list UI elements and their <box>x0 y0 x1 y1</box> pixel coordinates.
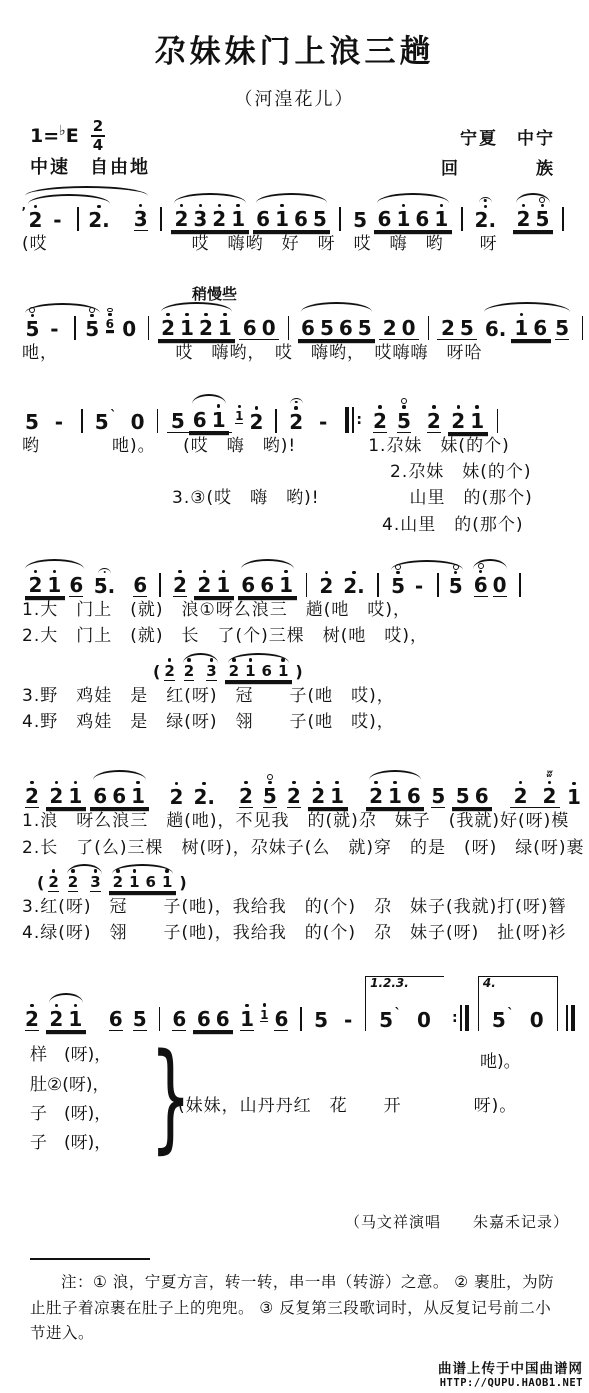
note: 2. <box>193 770 215 808</box>
note-digit: 6 <box>262 664 272 680</box>
note-digit: 2 <box>29 575 43 596</box>
note-digit: 6 <box>193 410 207 431</box>
note: 2. <box>343 559 365 597</box>
notes-line: 5-ˋ50561122-:25221 <box>0 393 589 433</box>
note-group: 56 <box>452 769 492 808</box>
falsetto-circle-icon <box>453 564 459 570</box>
note-digit: 6 <box>533 318 547 339</box>
lyric-stack: 样 (呀)， 肚②(呀)， 子 (呀)， 子 (呀)， <box>30 1041 111 1158</box>
note-group: 661 <box>238 558 297 597</box>
note-digit: 2 <box>164 664 174 680</box>
note-group: 5-5 <box>22 302 103 340</box>
region-label: 宁夏 中宁 <box>460 124 555 149</box>
system-3: 5-ˋ50561122-:25221哟 吔)。 (哎 嗨 哟)! 1.尕妹 妹(… <box>0 393 589 538</box>
note-group: ’2-2. <box>25 193 113 231</box>
volta-label: 4. <box>483 977 496 990</box>
note-digit: 2 <box>517 209 531 230</box>
inline-notes-row: (2232161) <box>0 652 589 681</box>
note-digit: 1 <box>275 209 289 230</box>
note-group: 6161 <box>374 192 452 231</box>
note: 1 <box>162 863 172 891</box>
barline <box>497 409 499 433</box>
lyric-row: 4.野 鸡娃 是 绿(呀) 翎 子(吔 哎)， <box>0 709 589 735</box>
note-group: 661 <box>90 769 149 808</box>
barline <box>562 207 564 231</box>
note: 2 <box>68 863 78 892</box>
note: 5 <box>313 192 327 230</box>
watermark: 曲谱上传于中国曲谱网 HTTP://QUPU.HAOB1.NET <box>438 1357 583 1389</box>
note-digit: - <box>50 319 58 340</box>
note: 6 <box>407 769 421 807</box>
note: 2 <box>249 395 263 433</box>
note-digit: 6 <box>301 318 315 339</box>
note-digit: 6 <box>256 209 270 230</box>
note-group: 21 <box>308 769 348 808</box>
note: 1 <box>279 558 293 596</box>
note: 6 <box>378 192 392 230</box>
volta-bracket: 1.2.3.ˋ50 <box>365 976 444 1031</box>
meter-numerator: 2 <box>91 119 105 137</box>
note-digit: 6 <box>474 575 488 596</box>
barline <box>437 573 439 597</box>
note: ’2 <box>29 193 43 231</box>
note: 3 <box>193 192 207 230</box>
score-element <box>345 407 350 433</box>
note-digit: 0 <box>493 575 507 596</box>
footnotes: 注：① 浪，宁夏方言，转一转，串一串（转游）之意。 ② 裹肚，为防止肚子着凉裹在… <box>30 1270 561 1347</box>
note: 6 <box>193 393 207 431</box>
falsetto-circle-icon <box>29 307 35 313</box>
note: 1 <box>131 769 145 807</box>
dash-extension: - <box>44 302 64 340</box>
note-digit: 1 <box>68 786 82 807</box>
note: 2 <box>25 992 39 1031</box>
note: ˋ5 <box>379 993 393 1031</box>
note-digit: 5 <box>492 1010 506 1031</box>
note-digit: - <box>319 412 327 433</box>
note: 5 <box>25 395 39 433</box>
note: 2 <box>212 192 226 230</box>
note: 6 <box>133 558 147 597</box>
note: 5 <box>456 769 470 807</box>
octave-dot-icon <box>238 405 242 409</box>
system-6: 221656661165-1.2.3.ˋ50:4.ˋ50样 (呀)， 肚②(呀)… <box>0 976 589 1171</box>
note-digit: - <box>55 412 63 433</box>
note: 5 <box>171 394 185 432</box>
note-digit: 0 <box>131 412 145 433</box>
note-digit: 0 <box>262 318 276 339</box>
note-digit: 6 <box>260 575 274 596</box>
paren-text: ( <box>37 875 44 892</box>
note-group: 2121 <box>158 301 236 340</box>
note: 6 <box>216 992 230 1030</box>
note: 6 <box>415 192 429 230</box>
note-group: 60 <box>470 558 510 597</box>
note-digit: 2 <box>249 412 263 433</box>
system-2: 稍慢些5-560212160656520256.165吔， 哎 嗨哟， 哎 嗨哟… <box>0 283 589 366</box>
note-digit: 5. <box>94 576 116 597</box>
note: 1 <box>434 192 448 230</box>
note-group: 21 <box>194 558 234 597</box>
falsetto-circle-icon <box>539 197 545 203</box>
falsetto-circle-icon <box>107 308 113 313</box>
note-digit: 5 <box>397 411 411 432</box>
note: 6 <box>475 769 489 807</box>
note: 2 <box>113 863 123 891</box>
volta-bracket: 4.ˋ50 <box>478 976 558 1031</box>
note: 6 <box>241 558 255 596</box>
note-group: 561 <box>167 393 232 433</box>
dash-extension: - <box>313 395 333 433</box>
note: 1 <box>68 769 82 807</box>
note-digit: 2 <box>199 318 213 339</box>
note-digit: 2 <box>311 786 325 807</box>
portamento-mark: ˋ <box>395 1007 402 1022</box>
note-digit: 2 <box>25 786 39 807</box>
song-subtitle: （河湟花儿） <box>0 85 589 111</box>
note: 6 <box>93 769 107 807</box>
note-digit: 1 <box>278 664 288 680</box>
note: 5 <box>555 301 569 340</box>
note-group: ’2-2.3 <box>22 185 151 231</box>
note-digit: 5 <box>358 318 372 339</box>
note-digit: 2. <box>193 787 215 808</box>
system-4: 2165.622166122.5-5601.大 门上 (就) 浪①呀么浪三 趟(… <box>0 558 589 735</box>
note-group: 2161 <box>109 863 177 892</box>
lyric-row: 1.大 门上 (就) 浪①呀么浪三 趟(吔 哎)， <box>0 597 589 623</box>
lyric-row: 4.绿(呀) 翎 子(吔)，我给我 的(个) 尕 妹子(呀) 扯(呀)衫 <box>0 920 589 946</box>
note: 1 <box>235 400 243 424</box>
lyric-row: 3.③(哎 嗨 哟)! 山里 的(那个) <box>0 485 589 511</box>
note-digit: 1 <box>218 318 232 339</box>
barline <box>74 316 76 340</box>
note-digit: 1 <box>131 786 145 807</box>
note-group: 21 <box>448 394 488 433</box>
note: 2 <box>174 192 188 230</box>
note-digit: 1 <box>231 209 245 230</box>
note: 6 <box>197 992 211 1030</box>
note-digit: 2. <box>88 210 110 231</box>
note: 2 <box>48 863 58 892</box>
dash-extension: - <box>47 193 67 231</box>
note-digit: 5 <box>320 318 334 339</box>
note: 2 <box>369 769 383 807</box>
note-digit: 6 <box>339 318 353 339</box>
lyric-row: 3.野 鸡娃 是 红(呀) 冠 子(吔 哎)， <box>0 683 589 709</box>
note-digit: - <box>415 576 423 597</box>
dash-extension: - <box>49 395 69 433</box>
note-digit: 1 <box>216 575 230 596</box>
note: 2 <box>319 559 333 597</box>
song-title: 尕妹妹门上浪三趟 <box>0 26 589 71</box>
barline <box>77 207 79 231</box>
note-digit: 2. <box>343 576 365 597</box>
note: 1 <box>330 769 344 807</box>
note-digit: 1 <box>260 1009 268 1022</box>
note: 5 <box>320 301 334 339</box>
note: 1 <box>514 301 528 339</box>
note-digit: 6 <box>415 209 429 230</box>
note: 5. <box>94 559 116 597</box>
notes-line: 22166122.25221216556221 <box>0 769 589 808</box>
rest-note: 0 <box>493 558 507 597</box>
note-digit: 2 <box>543 786 557 807</box>
ending-lyric: 吔)。 <box>480 1047 521 1072</box>
paren-text: ( <box>153 664 160 681</box>
note: 1 <box>218 301 232 339</box>
note: 2. <box>88 193 110 231</box>
lyric-row: 哟 吔)。 (哎 嗨 哟)! 1.尕妹 妹(的个) <box>0 433 589 459</box>
note: 6 <box>146 863 156 891</box>
note-digit: 6 <box>93 786 107 807</box>
lyric-row: 4.山里 的(那个) <box>0 512 589 538</box>
note: 1 <box>260 999 268 1023</box>
paren-text: ) <box>179 875 186 892</box>
note: 3 <box>90 863 100 892</box>
note-digit: 2 <box>113 875 123 891</box>
rest-note: 0 <box>417 993 431 1031</box>
note: 1 <box>231 192 245 230</box>
note-group: 23 <box>64 863 105 892</box>
note-digit: 5 <box>449 576 463 597</box>
key-signature: 1=♭E24 <box>30 119 105 153</box>
credit-line: （马文祥演唱 朱嘉禾记录） <box>0 1211 589 1232</box>
note: 5 <box>535 192 549 230</box>
note: 5 <box>431 769 445 808</box>
note: 5 <box>460 301 474 339</box>
note-digit: 1 <box>388 786 402 807</box>
note-digit: 1 <box>245 664 255 680</box>
footnote-divider <box>30 1258 150 1260</box>
note: 1 <box>388 769 402 807</box>
note: 2 <box>170 770 184 808</box>
note-digit: 6 <box>407 786 421 807</box>
dash-extension: - <box>410 559 428 597</box>
note-digit: 5 <box>555 318 569 339</box>
notes-line: ’2-2.323216165561612.25 <box>0 185 589 231</box>
note-digit: 3 <box>206 664 216 680</box>
note-digit: 1 <box>470 411 484 432</box>
note-marks <box>98 559 111 576</box>
note-digit: 2 <box>427 411 441 432</box>
note: 2 <box>49 769 63 807</box>
octave-dot-icon <box>263 1003 267 1007</box>
note: 6 <box>243 301 257 339</box>
note: 1 <box>129 863 139 891</box>
notes-line: 221656661165-1.2.3.ˋ50:4.ˋ50 <box>0 976 589 1031</box>
note-digit: 2 <box>289 412 303 433</box>
note: 6 <box>109 992 123 1031</box>
portamento-mark: ˋ <box>507 1007 514 1022</box>
note: 2 <box>514 769 528 807</box>
key-note: E <box>66 125 79 147</box>
note-digit: 6 <box>216 1009 230 1030</box>
note: 2 <box>25 769 39 808</box>
note: 2 <box>184 652 194 681</box>
lyric-row: 2.大 门上 (就) 长 了(个)三棵 树(吔 哎)， <box>0 623 589 649</box>
note-digit: 1 <box>47 575 61 596</box>
note-digit: 6 <box>69 575 83 596</box>
repeat-dots: : <box>452 1011 458 1025</box>
falsetto-circle-icon <box>401 398 407 404</box>
note-digit: 2 <box>48 875 58 891</box>
meter-denominator: 4 <box>93 137 103 153</box>
note-group: 5-5 <box>388 559 467 597</box>
tempo-label: 中速 自由地 <box>30 153 150 179</box>
note: 6 <box>533 301 547 339</box>
note: ˋ5 <box>95 395 109 433</box>
barline <box>81 409 83 433</box>
barline <box>519 573 521 597</box>
rest-note: 0 <box>131 395 145 433</box>
sheet-music-page: 尕妹妹门上浪三趟 （河湟花儿） 1=♭E24 宁夏 中宁 中速 自由地 回 族 … <box>0 0 589 1393</box>
barline <box>275 409 277 433</box>
key-prefix: 1= <box>30 125 59 147</box>
falsetto-circle-icon <box>267 774 273 780</box>
note-digit: 2 <box>173 575 187 596</box>
note-digit: 1 <box>68 1009 82 1030</box>
barline <box>157 409 159 433</box>
note-digit: 5 <box>171 411 185 432</box>
note-digit: 2 <box>369 786 383 807</box>
shared-lyric-line: (妹妹，山丹丹红 花 开 呀)。 <box>178 1091 517 1116</box>
note-digit: 6 <box>274 1009 288 1030</box>
note: 2. <box>475 193 497 231</box>
note: 2 <box>451 394 465 432</box>
note-digit: 6 <box>112 786 126 807</box>
note-digit: 2 <box>29 210 43 231</box>
note-digit: 6 <box>146 875 156 891</box>
tempo-change-label: 稍慢些 <box>0 283 589 301</box>
note: 6 <box>260 558 274 596</box>
note: 2 <box>164 652 174 681</box>
repeat-end-barline: : <box>451 1005 471 1031</box>
note-digit: 5 <box>379 1010 393 1031</box>
note-digit: 1 <box>162 875 172 891</box>
rest-note: 0 <box>402 301 416 339</box>
note: 2 <box>197 558 211 596</box>
note-digit: 2 <box>49 786 63 807</box>
note-digit: 5 <box>25 412 39 433</box>
note-digit: 2 <box>319 576 333 597</box>
note-digit: 2 <box>287 786 301 807</box>
lyric-row: 2.尕妹 妹(的个) <box>0 459 589 485</box>
note: 5 <box>133 992 147 1031</box>
note-digit: 5 <box>353 210 367 231</box>
lyric-row: 1.浪 呀么浪三 趟(吔)，不见我 的(就)尕 妹子 (我就)好(呀)模 <box>0 808 589 834</box>
note-digit: 2 <box>25 1009 39 1030</box>
note: 5 <box>397 394 411 433</box>
note: 6 <box>301 301 315 339</box>
note-digit: 5 <box>26 319 40 340</box>
note-digit: 0 <box>530 1010 544 1031</box>
note-digit: 2 <box>68 875 78 891</box>
note-digit: 5 <box>391 576 405 597</box>
note-digit: 1 <box>514 318 528 339</box>
note-digit: 1 <box>240 1009 254 1030</box>
note-digit: 6 <box>241 575 255 596</box>
note-group: 60 <box>239 301 279 340</box>
note-digit: 1 <box>567 787 581 808</box>
stacked-lyrics-block: 样 (呀)， 肚②(呀)， 子 (呀)， 子 (呀)，}(妹妹，山丹丹红 花 开… <box>0 1041 589 1171</box>
note: 5 <box>314 993 328 1031</box>
note-digit: 0 <box>402 318 416 339</box>
system-5: 22166122.252212165562211.浪 呀么浪三 趟(吔)，不见我… <box>0 769 589 946</box>
note-group: 216 <box>22 558 87 597</box>
note-digit: 5 <box>456 786 470 807</box>
note: 6 <box>69 558 83 597</box>
note-group: 22 <box>510 769 560 808</box>
note-digit: 6 <box>475 786 489 807</box>
note: 6 <box>262 652 272 680</box>
note-digit: 3 <box>134 209 148 230</box>
lyric-row: (哎 哎 嗨哟 好 呀 哎 嗨 哟 呀 <box>0 231 589 257</box>
note: 1 <box>47 558 61 596</box>
note-digit: 5 <box>95 412 109 433</box>
note-digit: 2 <box>229 664 239 680</box>
note: 6 <box>474 558 488 597</box>
time-signature: 24 <box>91 119 105 153</box>
note: 5 <box>263 769 277 808</box>
note: 1 <box>278 652 288 680</box>
note: 1 <box>275 192 289 230</box>
note-group: 21 <box>46 769 86 808</box>
note: 2 <box>29 558 43 596</box>
note: 5 <box>26 302 40 340</box>
note-digit: 2 <box>197 575 211 596</box>
note-digit: 6 <box>133 575 147 596</box>
watermark-site: 曲谱上传于中国曲谱网 <box>438 1357 583 1377</box>
note: 2 <box>161 301 175 339</box>
note-digit: 6 <box>197 1009 211 1030</box>
note: 5 <box>353 193 367 231</box>
note-digit: 6 <box>294 209 308 230</box>
note: 1 <box>396 192 410 230</box>
falsetto-circle-icon <box>395 564 401 570</box>
note: 1 <box>212 393 226 431</box>
rest-note: 0 <box>122 302 136 340</box>
note: 1 <box>68 992 82 1030</box>
note-digit: 1 <box>235 410 243 423</box>
note-digit: 2 <box>170 787 184 808</box>
lyric-row: 2.长 了(么)三棵 树(呀)，尕妹子(么 就)穿 的是 (呀) 绿(呀)裹 <box>0 835 589 861</box>
note-digit: 2 <box>174 209 188 230</box>
note: 1 <box>245 652 255 680</box>
note: 2 <box>173 558 187 597</box>
note-group: 2161 <box>225 652 293 681</box>
note: 6 <box>172 992 186 1031</box>
note-digit: 2 <box>212 209 226 230</box>
note-digit: 1 <box>330 786 344 807</box>
note-digit: 0 <box>122 319 136 340</box>
note-group: 21 <box>25 558 65 597</box>
note-digit: 2. <box>475 210 497 231</box>
note-digit: 5 <box>460 318 474 339</box>
note: 5 <box>391 559 405 597</box>
note-group: 2321 <box>171 192 249 231</box>
falsetto-circle-icon <box>89 307 95 313</box>
note-digit: 3 <box>90 875 100 891</box>
note-digit: 1 <box>180 318 194 339</box>
note-digit: 5 <box>314 1010 328 1031</box>
note-digit: 2 <box>441 318 455 339</box>
note-group: 23 <box>180 652 221 681</box>
rest-note: 0 <box>262 301 276 339</box>
note-digit: 5 <box>313 209 327 230</box>
note: 6. <box>485 302 507 340</box>
note-digit: 6 <box>109 1009 123 1030</box>
note: 6 <box>339 301 353 339</box>
